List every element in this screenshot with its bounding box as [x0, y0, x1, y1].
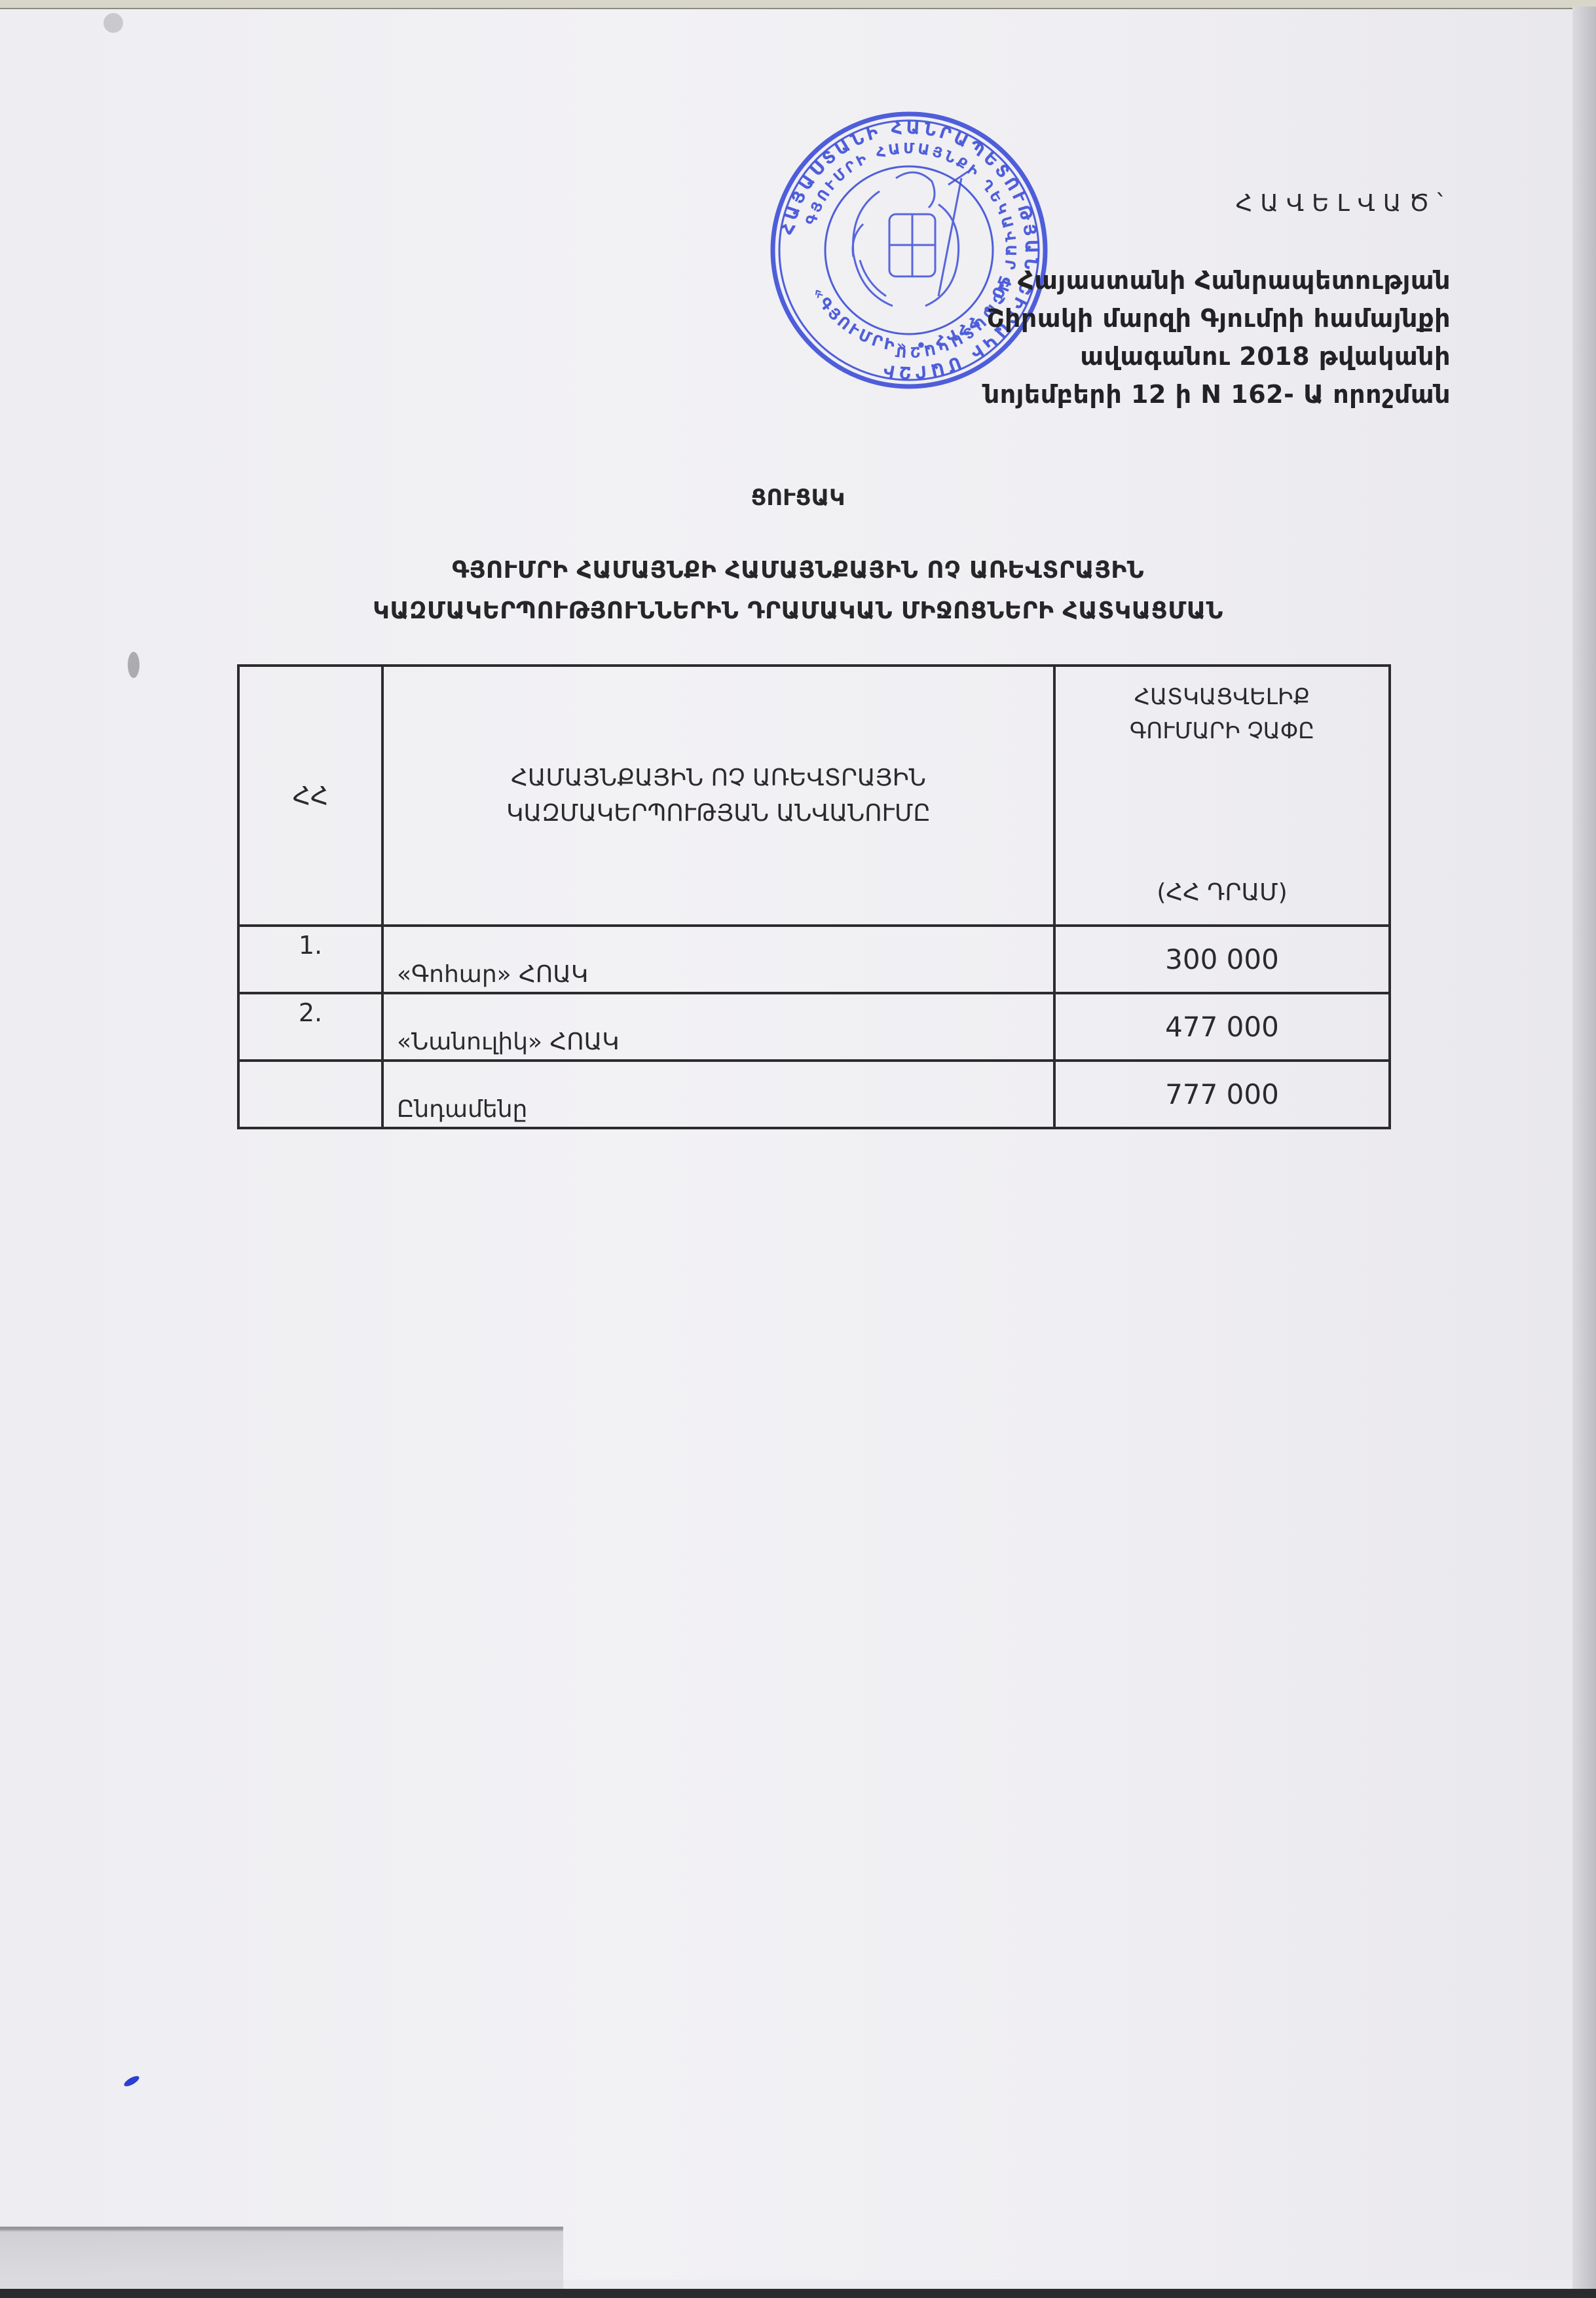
scan-bottom-smear	[0, 2227, 563, 2289]
row-organization: «Նանուլիկ» ՀՈԱԿ	[382, 993, 1054, 1061]
approval-line: Հայաստանի Հանրապետության	[984, 261, 1451, 299]
approval-line: ավագանու 2018 թվականի	[984, 337, 1451, 375]
table-total-row: Ընդամենը 777 000	[238, 1061, 1390, 1128]
header-amount-unit: (ՀՀ ԴՐԱՄ)	[1056, 876, 1388, 910]
header-amount-line: ՀԱՏԿԱՑՎԵԼԻՔ	[1056, 680, 1388, 714]
row-organization: «Գոհար» ՀՈԱԿ	[382, 926, 1054, 993]
approval-block: ՀԱՎԵԼՎԱԾ՝ Հայաստանի Հանրապետության Շիրակ…	[984, 190, 1451, 413]
header-name-line: ՀԱՄԱՅՆՔԱՅԻՆ ՈՉ ԱՌԵՎՏՐԱՅԻՆ	[384, 761, 1053, 796]
row-amount: 477 000	[1054, 993, 1390, 1061]
allocation-table: ՀՀ ՀԱՄԱՅՆՔԱՅԻՆ ՈՉ ԱՌԵՎՏՐԱՅԻՆ ԿԱԶՄԱԿԵՐՊՈՒ…	[237, 664, 1391, 1129]
header-number: ՀՀ	[238, 666, 382, 926]
row-number: 1.	[238, 926, 382, 993]
table-row: 1. «Գոհար» ՀՈԱԿ 300 000	[238, 926, 1390, 993]
approval-line: նոյեմբերի 12 ի N 162- Ա որոշման	[984, 375, 1451, 413]
header-name-line: ԿԱԶՄԱԿԵՐՊՈՒԹՅԱՆ ԱՆՎԱՆՈՒՄԸ	[384, 796, 1053, 831]
document-title: ԳՅՈՒՄՐԻ ՀԱՄԱՅՆՔԻ ՀԱՄԱՅՆՔԱՅԻՆ ՈՉ ԱՌԵՎՏՐԱՅ…	[0, 550, 1596, 631]
scan-speck	[103, 13, 123, 33]
header-organization-name: ՀԱՄԱՅՆՔԱՅԻՆ ՈՉ ԱՌԵՎՏՐԱՅԻՆ ԿԱԶՄԱԿԵՐՊՈՒԹՅԱ…	[382, 666, 1054, 926]
document-title-line: ԿԱԶՄԱԿԵՐՊՈՒԹՅՈՒՆՆԵՐԻՆ ԴՐԱՄԱԿԱՆ ՄԻՋՈՑՆԵՐԻ…	[0, 591, 1596, 631]
approval-line: Շիրակի մարզի Գյումրի համայնքի	[984, 299, 1451, 337]
scan-speck	[128, 652, 139, 678]
row-number	[238, 1061, 382, 1128]
list-title: ՑՈՒՑԱԿ	[0, 485, 1596, 511]
scan-right-edge	[1572, 7, 1596, 2298]
table-row: 2. «Նանուլիկ» ՀՈԱԿ 477 000	[238, 993, 1390, 1061]
row-total-amount: 777 000	[1054, 1061, 1390, 1128]
row-amount: 300 000	[1054, 926, 1390, 993]
total-label: Ընդամենը	[397, 1096, 527, 1123]
header-amount: ՀԱՏԿԱՑՎԵԼԻՔ ԳՈՒՄԱՐԻ ՉԱՓԸ (ՀՀ ԴՐԱՄ)	[1054, 666, 1390, 926]
document-title-line: ԳՅՈՒՄՐԻ ՀԱՄԱՅՆՔԻ ՀԱՄԱՅՆՔԱՅԻՆ ՈՉ ԱՌԵՎՏՐԱՅ…	[0, 550, 1596, 591]
row-organization-name: «Գոհար» ՀՈԱԿ	[397, 961, 588, 988]
approval-label: ՀԱՎԵԼՎԱԾ՝	[984, 190, 1451, 217]
row-number: 2.	[238, 993, 382, 1061]
table-header-row: ՀՀ ՀԱՄԱՅՆՔԱՅԻՆ ՈՉ ԱՌԵՎՏՐԱՅԻՆ ԿԱԶՄԱԿԵՐՊՈՒ…	[238, 666, 1390, 926]
row-organization-name: «Նանուլիկ» ՀՈԱԿ	[397, 1028, 620, 1055]
scan-bottom-edge	[0, 2289, 1596, 2298]
scan-top-edge	[0, 0, 1596, 9]
row-total-label: Ընդամենը	[382, 1061, 1054, 1128]
header-amount-line: ԳՈՒՄԱՐԻ ՉԱՓԸ	[1056, 714, 1388, 748]
